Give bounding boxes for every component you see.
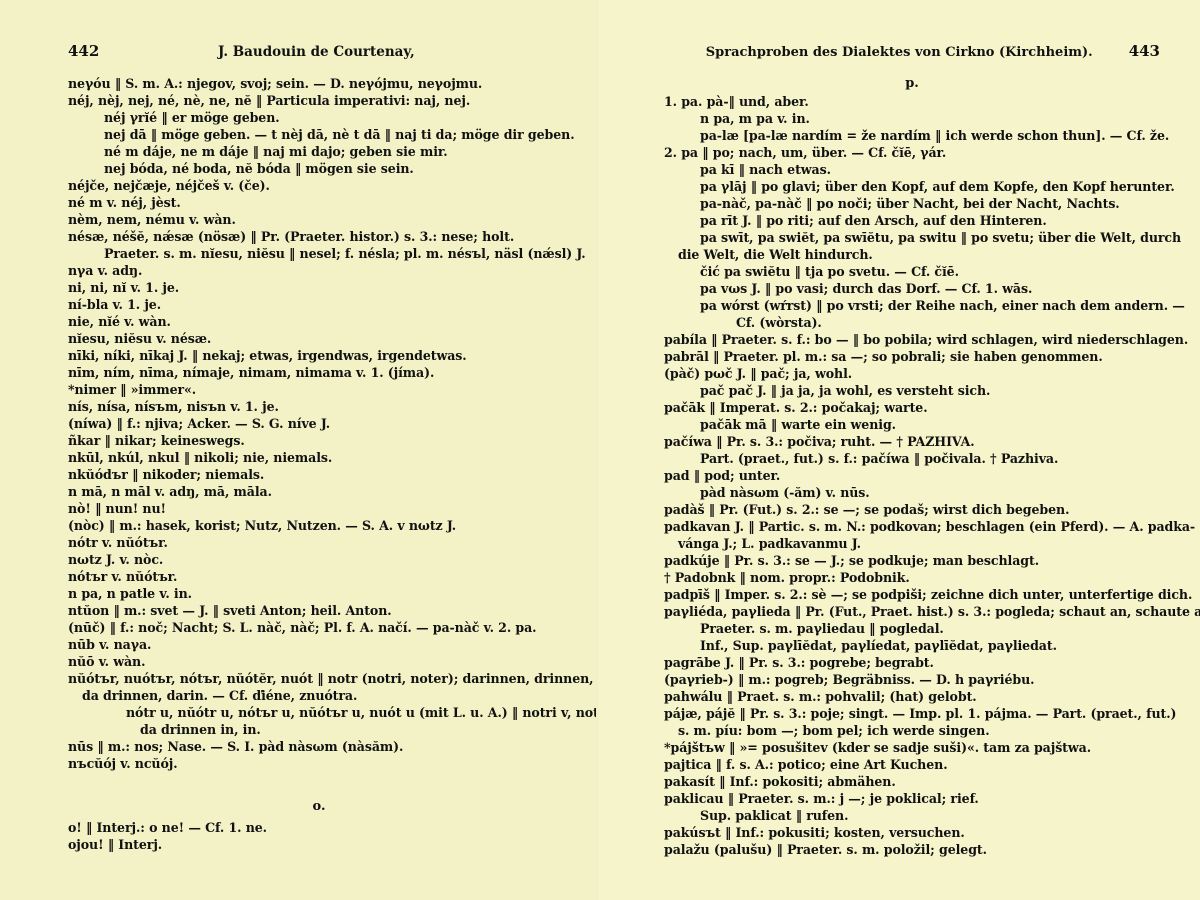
- dictionary-entry-line: néj γrĭé ‖ er möge geben.: [68, 109, 570, 126]
- dictionary-entry-line: pa swīt, pa swiĕt, pa swīĕtu, pa switu ‖…: [664, 229, 1160, 246]
- dictionary-entry-line: ñkar ‖ nikar; keineswegs.: [68, 432, 570, 449]
- page-number: 442: [68, 42, 218, 60]
- dictionary-entry-line: nωtz J. v. nòc.: [68, 551, 570, 568]
- dictionary-entry-line: Cf. (wòrsta).: [664, 314, 1160, 331]
- dictionary-entry-line: né m v. néj, jèst.: [68, 194, 570, 211]
- dictionary-entry-line: pakasít ‖ Inf.: pokositi; abmähen.: [664, 773, 1160, 790]
- running-title: J. Baudouin de Courtenay,: [218, 44, 570, 60]
- dictionary-entry-line: nъcŭój v. ncŭój.: [68, 755, 570, 772]
- dictionary-entry-line: (níwa) ‖ f.: njiva; Acker. — S. G. níve …: [68, 415, 570, 432]
- dictionary-entry-line: Part. (praet., fut.) s. f.: pačíwa ‖ poč…: [664, 450, 1160, 467]
- dictionary-entry-line: pagrābe J. ‖ Pr. s. 3.: pogrebe; begrabt…: [664, 654, 1160, 671]
- dictionary-entry-line: pad ‖ pod; unter.: [664, 467, 1160, 484]
- dictionary-entry-line: pàd nàsωm (-ăm) v. nūs.: [664, 484, 1160, 501]
- dictionary-entry-line: pahwálu ‖ Praet. s. m.: pohvalil; (hat) …: [664, 688, 1160, 705]
- dictionary-entry-line: (nòc) ‖ m.: hasek, korist; Nutz, Nutzen.…: [68, 517, 570, 534]
- running-title: Sprachproben des Dialektes von Cirkno (K…: [664, 45, 1129, 60]
- dictionary-entry-line: pa-læ [pa-læ nardím = že nardím ‖ ich we…: [664, 127, 1160, 144]
- dictionary-entry-line: Sup. paklicat ‖ rufen.: [664, 807, 1160, 824]
- dictionary-entry-line: *nimer ‖ »immer«.: [68, 381, 570, 398]
- dictionary-entry-line: n pa, n patle v. in.: [68, 585, 570, 602]
- dictionary-entry-line: (paγrieb-) ‖ m.: pogreb; Begräbniss. — D…: [664, 671, 1160, 688]
- dictionary-entry-line: s. m. píu: bom —; bom pel; ich werde sin…: [664, 722, 1160, 739]
- dictionary-entry-line: n pa, m pa v. in.: [664, 110, 1160, 127]
- dictionary-entry-line: nótъr v. nŭótъr.: [68, 568, 570, 585]
- dictionary-entry-line: pakúsъt ‖ Inf.: pokusiti; kosten, versuc…: [664, 824, 1160, 841]
- dictionary-entry-line: nūs ‖ m.: nos; Nase. — S. I. pàd nàsωm (…: [68, 738, 570, 755]
- dictionary-entry-line: o! ‖ Interj.: o ne! — Cf. 1. ne.: [68, 819, 570, 836]
- dictionary-entry-line: néjče, nejčæje, néjčeš v. (če).: [68, 177, 570, 194]
- dictionary-entry-line: pabíla ‖ Praeter. s. f.: bo — ‖ bo pobil…: [664, 331, 1160, 348]
- dictionary-entry-line: nèm, nem, nému v. wàn.: [68, 211, 570, 228]
- section-letter-p: p.: [664, 75, 1160, 92]
- dictionary-entry-line: nótr u, nŭótr u, nótъr u, nŭótъr u, nuót…: [68, 704, 570, 721]
- dictionary-entry-line: nīki, níki, nīkaj J. ‖ nekaj; etwas, irg…: [68, 347, 570, 364]
- dictionary-entry-line: ní-bla v. 1. je.: [68, 296, 570, 313]
- dictionary-entry-line: palažu (palušu) ‖ Praeter. s. m. položil…: [664, 841, 1160, 858]
- dictionary-entry-line: *pájštъw ‖ »= posušitev (kder se sadje s…: [664, 739, 1160, 756]
- dictionary-entry-line: nís, nísa, nísъm, nisъn v. 1. je.: [68, 398, 570, 415]
- dictionary-entry-line: paγliéda, paγlieda ‖ Pr. (Fut., Praet. h…: [664, 603, 1160, 620]
- dictionary-entry-line: † Padobnk ‖ nom. propr.: Podobnik.: [664, 569, 1160, 586]
- dictionary-entry-line: neγóu ‖ S. m. A.: njegov, svoj; sein. — …: [68, 75, 570, 92]
- right-page: Sprachproben des Dialektes von Cirkno (K…: [600, 0, 1200, 900]
- dictionary-entry-line: da drinnen, darin. — Cf. ďiéne, znuótra.: [68, 687, 570, 704]
- dictionary-entry-line: paklicau ‖ Praeter. s. m.: j —; je pokli…: [664, 790, 1160, 807]
- dictionary-entry-line: pačāk ‖ Imperat. s. 2.: počakaj; warte.: [664, 399, 1160, 416]
- dictionary-entry-line: nò! ‖ nun! nu!: [68, 500, 570, 517]
- dictionary-entry-line: ntŭon ‖ m.: svet — J. ‖ sveti Anton; hei…: [68, 602, 570, 619]
- dictionary-entry-line: pájæ, pájĕ ‖ Pr. s. 3.: poje; singt. — I…: [664, 705, 1160, 722]
- dictionary-entry-line: né m dáje, ne m dáje ‖ naj mi dajo; gebe…: [68, 143, 570, 160]
- left-section-entries: o! ‖ Interj.: o ne! — Cf. 1. ne.ojou! ‖ …: [68, 819, 570, 853]
- dictionary-entry-line: nūb v. naγa.: [68, 636, 570, 653]
- dictionary-entry-line: pa vωs J. ‖ po vasi; durch das Dorf. — C…: [664, 280, 1160, 297]
- dictionary-entry-line: n mā, n māl v. adŋ, mā, māla.: [68, 483, 570, 500]
- right-running-head: Sprachproben des Dialektes von Cirkno (K…: [664, 42, 1160, 64]
- dictionary-entry-line: nŭótъr, nuótъr, nótъr, nŭótĕr, nuót ‖ no…: [68, 670, 570, 687]
- dictionary-entry-line: pa rīt J. ‖ po riti; auf den Arsch, auf …: [664, 212, 1160, 229]
- dictionary-entry-line: pa-nàč, pa-nàč ‖ po noči; über Nacht, be…: [664, 195, 1160, 212]
- dictionary-entry-line: die Welt, die Welt hindurch.: [664, 246, 1160, 263]
- dictionary-entry-line: nŭō v. wàn.: [68, 653, 570, 670]
- dictionary-entry-line: nĭesu, niĕsu v. nésæ.: [68, 330, 570, 347]
- dictionary-entry-line: pabrāl ‖ Praeter. pl. m.: sa —; so pobra…: [664, 348, 1160, 365]
- dictionary-entry-line: (nūč) ‖ f.: noč; Nacht; S. L. nàč, nàč; …: [68, 619, 570, 636]
- dictionary-entry-line: pačíwa ‖ Pr. s. 3.: počiva; ruht. — † PA…: [664, 433, 1160, 450]
- dictionary-entry-line: padpīš ‖ Imper. s. 2.: sè —; se podpiši;…: [664, 586, 1160, 603]
- dictionary-entry-line: pačāk mā ‖ warte ein wenig.: [664, 416, 1160, 433]
- dictionary-entry-line: nésæ, néšĕ, nǽsæ (nösæ) ‖ Pr. (Praeter. …: [68, 228, 570, 245]
- page-number: 443: [1129, 42, 1160, 60]
- dictionary-entry-line: vánga J.; L. padkavanmu J.: [664, 535, 1160, 552]
- dictionary-entry-line: da drinnen in, in.: [68, 721, 570, 738]
- left-page: 442 J. Baudouin de Courtenay, neγóu ‖ S.…: [0, 0, 600, 900]
- dictionary-entry-line: pač pač J. ‖ ja ja, ja wohl, es versteht…: [664, 382, 1160, 399]
- right-entries: 1. pa. pà-‖ und, aber.n pa, m pa v. in.p…: [664, 93, 1160, 858]
- dictionary-entry-line: ni, ni, nĭ v. 1. je.: [68, 279, 570, 296]
- dictionary-entry-line: pajtica ‖ f. s. A.: potico; eine Art Kuc…: [664, 756, 1160, 773]
- dictionary-entry-line: ojou! ‖ Interj.: [68, 836, 570, 853]
- dictionary-entry-line: 1. pa. pà-‖ und, aber.: [664, 93, 1160, 110]
- dictionary-entry-line: Praeter. s. m. nĭesu, niĕsu ‖ nesel; f. …: [68, 245, 570, 262]
- dictionary-entry-line: Praeter. s. m. paγliedau ‖ pogledal.: [664, 620, 1160, 637]
- left-running-head: 442 J. Baudouin de Courtenay,: [68, 42, 570, 64]
- dictionary-entry-line: Inf., Sup. paγlīĕdat, paγlíedat, paγlīĕd…: [664, 637, 1160, 654]
- dictionary-entry-line: (pàč) pωč J. ‖ pač; ja, wohl.: [664, 365, 1160, 382]
- dictionary-entry-line: nkŭódъr ‖ nikoder; niemals.: [68, 466, 570, 483]
- dictionary-entry-line: padkúje ‖ Pr. s. 3.: se — J.; se podkuje…: [664, 552, 1160, 569]
- dictionary-entry-line: padkavan J. ‖ Partic. s. m. N.: podkovan…: [664, 518, 1160, 535]
- dictionary-entry-line: čić pa swiĕtu ‖ tja po svetu. — Cf. čĭē.: [664, 263, 1160, 280]
- dictionary-entry-line: nīm, ním, nīma, nímaje, nimam, nimama v.…: [68, 364, 570, 381]
- section-letter-o: o.: [68, 798, 570, 815]
- dictionary-entry-line: nej bóda, né boda, nĕ bóda ‖ mögen sie s…: [68, 160, 570, 177]
- dictionary-entry-line: nγa v. adŋ.: [68, 262, 570, 279]
- dictionary-entry-line: nej dā ‖ möge geben. — t nèj dā, nè t dā…: [68, 126, 570, 143]
- dictionary-entry-line: pa wórst (wŕrst) ‖ po vrsti; der Reihe n…: [664, 297, 1160, 314]
- dictionary-entry-line: 2. pa ‖ po; nach, um, über. — Cf. čĭē, γ…: [664, 144, 1160, 161]
- book-spread: 442 J. Baudouin de Courtenay, neγóu ‖ S.…: [0, 0, 1200, 900]
- dictionary-entry-line: padàš ‖ Pr. (Fut.) s. 2.: se —; se podaš…: [664, 501, 1160, 518]
- dictionary-entry-line: nótr v. nŭótъr.: [68, 534, 570, 551]
- dictionary-entry-line: pa γlāj ‖ po glavi; über den Kopf, auf d…: [664, 178, 1160, 195]
- left-entries: neγóu ‖ S. m. A.: njegov, svoj; sein. — …: [68, 75, 570, 772]
- dictionary-entry-line: pa kī ‖ nach etwas.: [664, 161, 1160, 178]
- dictionary-entry-line: nie, nĭé v. wàn.: [68, 313, 570, 330]
- dictionary-entry-line: néj, nèj, nej, né, nè, ne, nĕ ‖ Particul…: [68, 92, 570, 109]
- dictionary-entry-line: nkūl, nkúl, nkul ‖ nikoli; nie, niemals.: [68, 449, 570, 466]
